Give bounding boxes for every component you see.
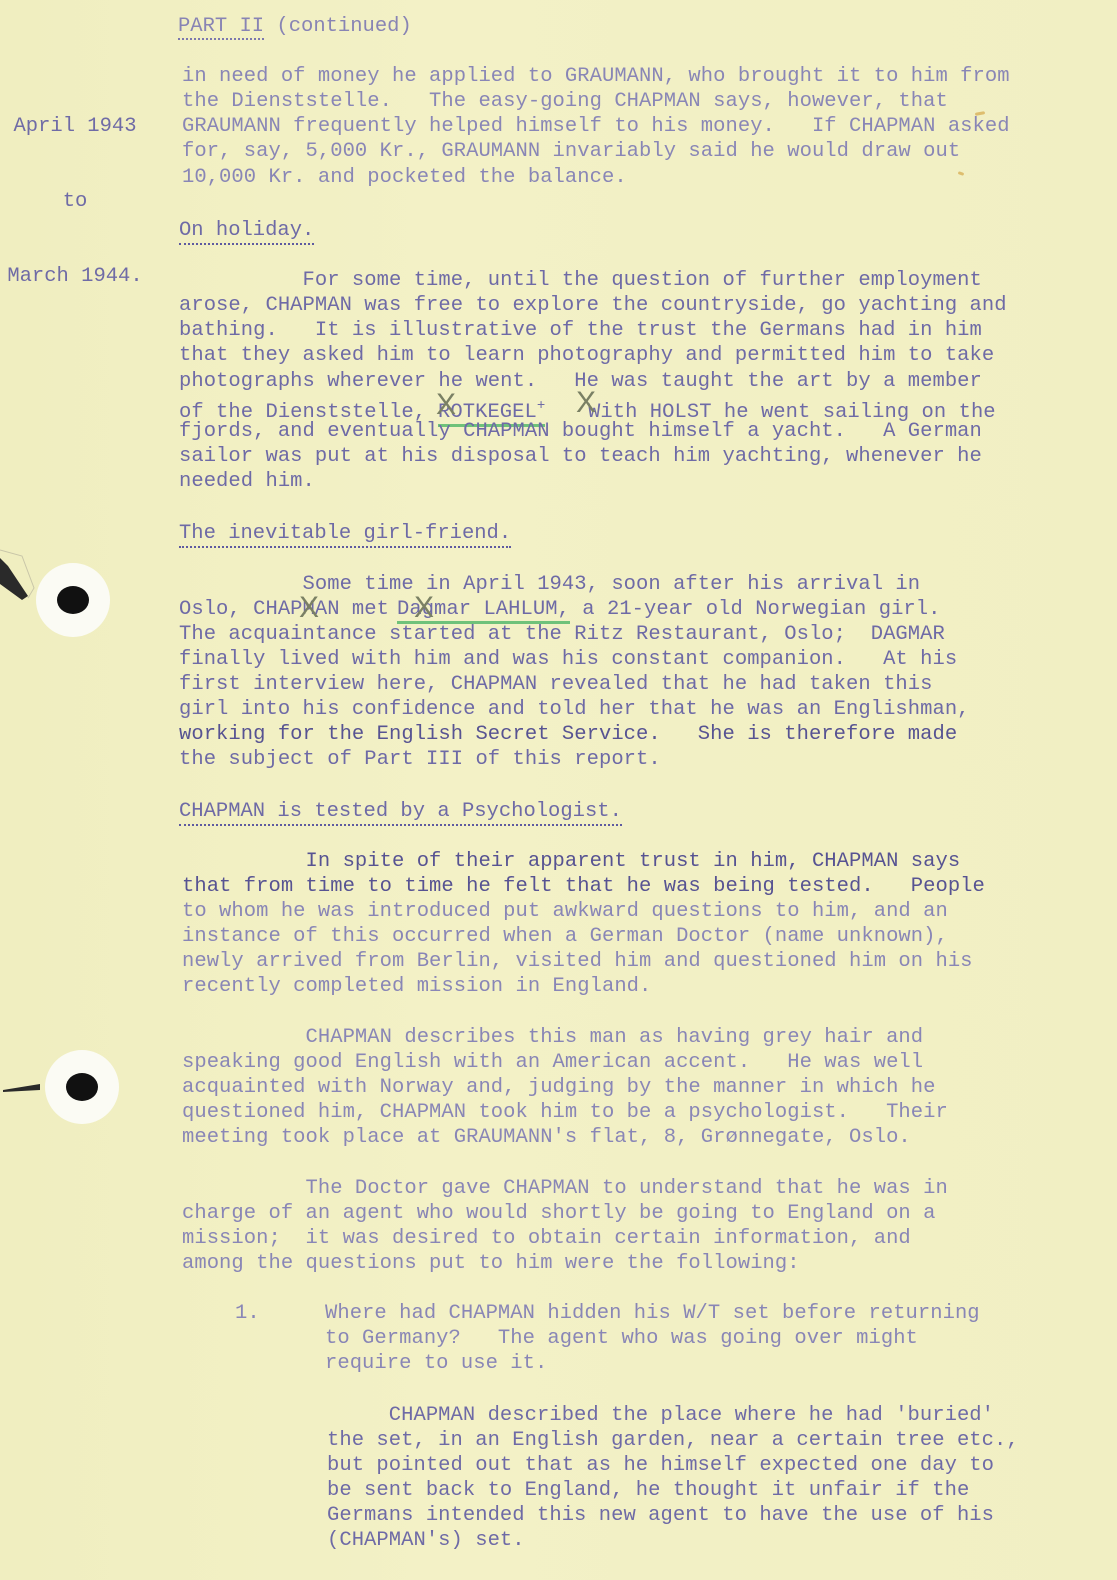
margin-date-range: April 1943 to March 1944.: [0, 64, 150, 339]
page-title-part: PART II: [178, 15, 264, 40]
pencil-x-mark: X: [436, 390, 456, 420]
text-line: the subject of Part III of this report.: [179, 747, 661, 772]
text-line: The acquaintance started at the Ritz Res…: [179, 622, 945, 647]
punch-hole-bottom: [45, 1050, 119, 1124]
text-line: GRAUMANN frequently helped himself to hi…: [182, 114, 1010, 139]
page-title-continued: (continued): [264, 15, 412, 38]
torn-edge-bottom: [0, 1080, 45, 1100]
text-line: needed him.: [179, 469, 315, 494]
section-heading-on-holiday: On holiday.: [179, 218, 314, 245]
text-line: first interview here, CHAPMAN revealed t…: [179, 672, 932, 697]
text-line: fjords, and eventually CHAPMAN bought hi…: [179, 419, 982, 444]
torn-edge-top: [0, 548, 40, 608]
text-line: instance of this occurred when a German …: [182, 924, 948, 949]
punch-hole-center: [57, 586, 89, 614]
text-line: speaking good English with an American a…: [182, 1050, 923, 1075]
paper-speck: [958, 171, 965, 176]
text-line: acquainted with Norway and, judging by t…: [182, 1075, 935, 1100]
punch-hole-center: [66, 1073, 98, 1101]
text-line: to whom he was introduced put awkward qu…: [182, 899, 948, 924]
text-line: recently completed mission in England.: [182, 974, 651, 999]
margin-date-end: March 1944.: [0, 264, 150, 289]
punch-hole-top: [36, 563, 110, 637]
text-line: that they asked him to learn photography…: [179, 343, 994, 368]
text-line: that from time to time he felt that he w…: [182, 874, 985, 899]
text-line: questioned him, CHAPMAN took him to be a…: [182, 1100, 948, 1125]
text-line: mission; it was desired to obtain certai…: [182, 1226, 911, 1251]
text-line: the set, in an English garden, near a ce…: [327, 1428, 1019, 1453]
text-line: The Doctor gave CHAPMAN to understand th…: [182, 1176, 948, 1201]
margin-date-to: to: [0, 189, 150, 214]
text-line: arose, CHAPMAN was free to explore the c…: [179, 293, 1007, 318]
text-line: Where had CHAPMAN hidden his W/T set bef…: [325, 1301, 980, 1326]
text-line: sailor was put at his disposal to teach …: [179, 444, 982, 469]
text-line: in need of money he applied to GRAUMANN,…: [182, 64, 1010, 89]
text-line: be sent back to England, he thought it u…: [327, 1478, 969, 1503]
text-line: finally lived with him and was his const…: [179, 647, 957, 672]
text-line: (CHAPMAN's) set.: [327, 1528, 525, 1553]
text-line: the Dienststelle. The easy-going CHAPMAN…: [182, 89, 948, 114]
text-line: For some time, until the question of fur…: [179, 268, 982, 293]
text-line: Some time in April 1943, soon after his …: [179, 572, 920, 597]
text-line: working for the English Secret Service. …: [179, 722, 957, 747]
text-line: Oslo, CHAPMAN metDagmar LAHLUM, a 21-yea…: [179, 597, 940, 622]
text-line: CHAPMAN describes this man as having gre…: [182, 1025, 923, 1050]
pencil-x-mark: X: [414, 593, 434, 623]
page-title: PART II (continued): [178, 14, 412, 39]
item-number: 1.: [235, 1301, 260, 1326]
text-line: for, say, 5,000 Kr., GRAUMANN invariably…: [182, 139, 960, 164]
text-line: but pointed out that as he himself expec…: [327, 1453, 994, 1478]
text-line: bathing. It is illustrative of the trust…: [179, 318, 982, 343]
text-fragment: Oslo, CHAPMAN met: [179, 598, 389, 621]
text-line: 10,000 Kr. and pocketed the balance.: [182, 165, 627, 190]
section-heading-psychologist: CHAPMAN is tested by a Psychologist.: [179, 799, 622, 826]
pencil-x-mark: X: [576, 388, 596, 418]
margin-date-start: April 1943: [0, 114, 150, 139]
text-line: charge of an agent who would shortly be …: [182, 1201, 935, 1226]
text-line: CHAPMAN described the place where he had…: [327, 1403, 994, 1428]
section-heading-girl-friend: The inevitable girl-friend.: [179, 521, 511, 548]
text-line: to Germany? The agent who was going over…: [325, 1326, 918, 1351]
dagger-mark: +: [537, 398, 545, 414]
document-page: PART II (continued) April 1943 to March …: [0, 0, 1117, 1580]
text-line: require to use it.: [325, 1351, 547, 1376]
text-line: Germans intended this new agent to have …: [327, 1503, 994, 1528]
text-line: newly arrived from Berlin, visited him a…: [182, 949, 973, 974]
text-line: girl into his confidence and told her th…: [179, 697, 970, 722]
text-fragment: a 21-year old Norwegian girl.: [570, 598, 941, 621]
text-line: among the questions put to him were the …: [182, 1251, 800, 1276]
text-line: In spite of their apparent trust in him,…: [182, 849, 960, 874]
pencil-x-mark: X: [299, 593, 319, 623]
text-line: meeting took place at GRAUMANN's flat, 8…: [182, 1125, 911, 1150]
